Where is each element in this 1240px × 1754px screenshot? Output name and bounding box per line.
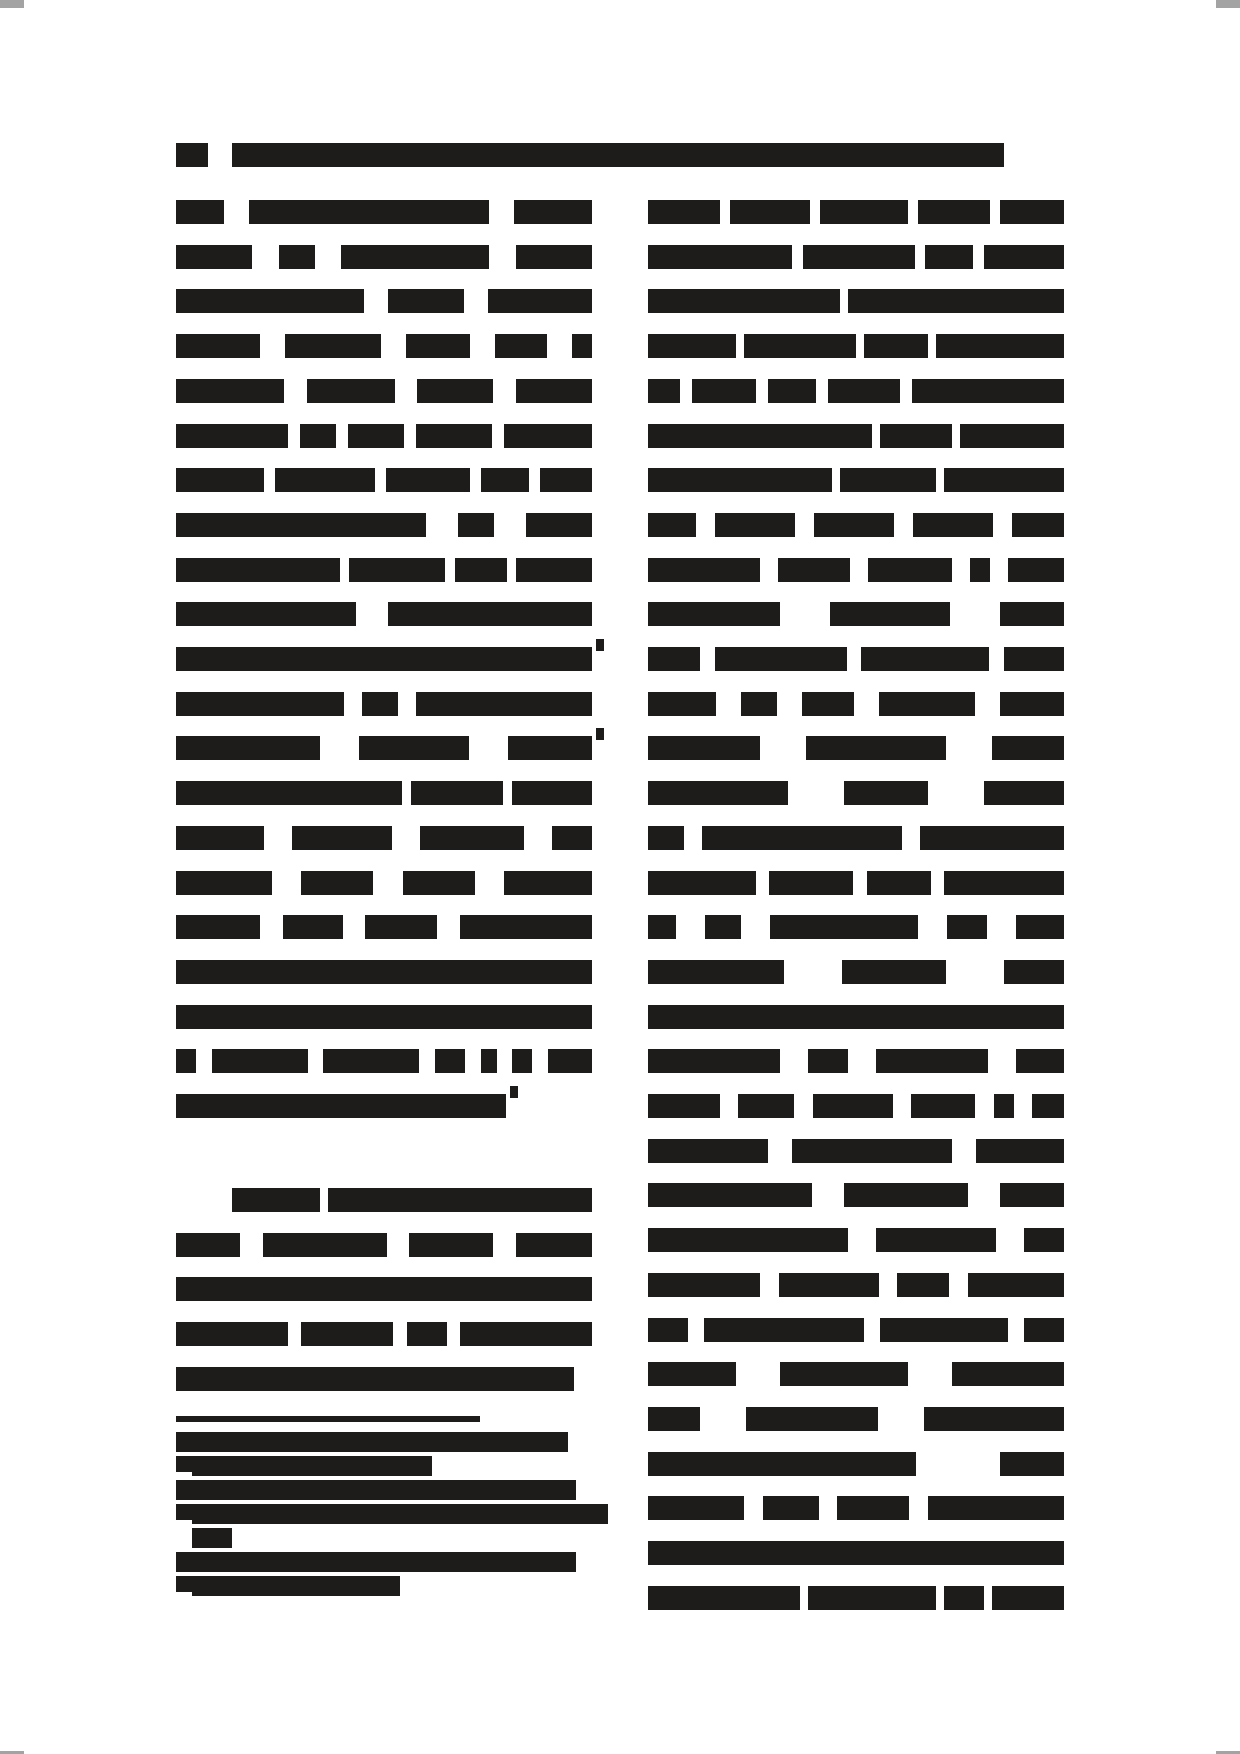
footnote-marker [176, 1576, 192, 1592]
running-header-title [232, 143, 1004, 167]
redacted-word [648, 1049, 780, 1073]
redacted-word [778, 558, 850, 582]
redacted-word [947, 915, 987, 939]
redacted-word [1000, 1183, 1064, 1207]
redacted-word [876, 1228, 996, 1252]
redacted-word [481, 468, 529, 492]
redacted-word [762, 143, 798, 167]
redacted-word [994, 1094, 1014, 1118]
redacted-word [176, 1480, 576, 1500]
redacted-word [702, 826, 902, 850]
redacted-word [925, 245, 973, 269]
redacted-word [516, 379, 592, 403]
redacted-word [365, 915, 437, 939]
redacted-word [648, 200, 720, 224]
redacted-word [1012, 513, 1064, 537]
redacted-word [648, 1228, 848, 1252]
redacted-word [434, 143, 530, 167]
redacted-word [692, 379, 756, 403]
text-line [176, 1277, 592, 1301]
redacted-word [176, 781, 402, 805]
crop-mark-top-left [0, 0, 24, 8]
redacted-word [806, 736, 946, 760]
redacted-word [952, 1362, 1064, 1386]
text-line [176, 1094, 506, 1118]
redacted-word [738, 1094, 794, 1118]
redacted-word [176, 468, 264, 492]
text-line [176, 1005, 592, 1029]
redacted-word [1024, 1228, 1064, 1252]
text-line [648, 1541, 1064, 1565]
text-line [176, 602, 592, 626]
redacted-word [176, 379, 284, 403]
redacted-word [176, 334, 260, 358]
redacted-word [301, 871, 373, 895]
text-line [176, 781, 592, 805]
redacted-word [176, 1233, 240, 1257]
redacted-word [648, 871, 756, 895]
text-line [648, 602, 1064, 626]
text-line [176, 289, 592, 313]
redacted-word [307, 379, 395, 403]
redacted-word [648, 736, 760, 760]
text-line [176, 468, 592, 492]
redacted-word [780, 1362, 908, 1386]
redacted-word [516, 1233, 592, 1257]
redacted-word [176, 424, 288, 448]
redacted-word [176, 1049, 196, 1073]
redacted-word [864, 334, 928, 358]
redacted-word [176, 1552, 576, 1572]
redacted-word [407, 1322, 447, 1346]
text-line [648, 1496, 1064, 1520]
redacted-word [176, 1367, 574, 1391]
text-line [176, 736, 592, 760]
text-line [648, 1139, 1064, 1163]
redacted-word [285, 334, 381, 358]
redacted-word [828, 379, 900, 403]
redacted-word [868, 558, 952, 582]
text-line [648, 960, 1064, 984]
text-line [176, 1233, 592, 1257]
redacted-word [406, 334, 470, 358]
redacted-word [944, 871, 1064, 895]
footnote-reference [596, 639, 604, 651]
redacted-word [176, 558, 340, 582]
redacted-word [730, 200, 810, 224]
redacted-word [1016, 915, 1064, 939]
redacted-word [700, 143, 762, 167]
text-line [176, 245, 592, 269]
redacted-word [176, 1322, 288, 1346]
text-line [648, 289, 1064, 313]
redacted-word [879, 692, 975, 716]
footnote-reference [510, 1086, 518, 1098]
redacted-word [512, 781, 592, 805]
footnote-line [176, 1480, 576, 1500]
text-line [176, 1367, 574, 1391]
redacted-word [803, 245, 915, 269]
text-line [176, 334, 592, 358]
text-line [648, 736, 1064, 760]
redacted-word [648, 558, 760, 582]
text-line [176, 647, 592, 671]
text-line [648, 1094, 1064, 1118]
redacted-word [176, 602, 356, 626]
redacted-word [192, 1504, 608, 1524]
redacted-word [936, 334, 1064, 358]
text-line [648, 1318, 1064, 1342]
text-line [648, 826, 1064, 850]
redacted-word [779, 1273, 879, 1297]
redacted-word [176, 960, 592, 984]
footnote-marker [176, 1504, 192, 1520]
redacted-word [512, 1049, 532, 1073]
redacted-word [403, 871, 475, 895]
footnote-line [192, 1576, 400, 1596]
redacted-word [409, 1233, 493, 1257]
text-line [648, 647, 1064, 671]
redacted-word [848, 289, 1064, 313]
footnote-reference [596, 728, 604, 740]
redacted-word [648, 915, 676, 939]
redacted-word [386, 468, 470, 492]
redacted-word [746, 1407, 878, 1431]
redacted-word [176, 736, 320, 760]
redacted-word [283, 915, 343, 939]
redacted-word [648, 1183, 812, 1207]
text-line [648, 424, 1064, 448]
redacted-word [648, 1094, 720, 1118]
redacted-word [648, 424, 872, 448]
footnote-line [176, 1552, 576, 1572]
redacted-word [648, 1273, 760, 1297]
redacted-word [960, 424, 1064, 448]
text-line [648, 513, 1064, 537]
redacted-word [349, 558, 445, 582]
redacted-word [820, 200, 908, 224]
redacted-word [984, 245, 1064, 269]
redacted-word [176, 915, 260, 939]
crop-mark-top-right [1216, 0, 1240, 8]
redacted-word [294, 143, 434, 167]
text-line [648, 1362, 1064, 1386]
text-line [648, 915, 1064, 939]
redacted-word [279, 245, 315, 269]
redacted-word [842, 143, 938, 167]
redacted-word [232, 143, 274, 167]
footnote-line [192, 1456, 432, 1476]
text-line [648, 1273, 1064, 1297]
redacted-word [705, 915, 741, 939]
redacted-word [249, 200, 489, 224]
text-line [176, 379, 592, 403]
redacted-word [176, 871, 272, 895]
redacted-word [176, 692, 344, 716]
text-line [648, 558, 1064, 582]
redacted-word [992, 1586, 1064, 1610]
redacted-word [704, 1318, 864, 1342]
redacted-word [944, 1586, 984, 1610]
redacted-word [992, 736, 1064, 760]
text-line [648, 1452, 1064, 1476]
redacted-word [632, 143, 660, 167]
text-line [648, 379, 1064, 403]
redacted-word [388, 602, 592, 626]
redacted-word [744, 334, 856, 358]
redacted-word [514, 200, 592, 224]
redacted-word [1000, 200, 1064, 224]
redacted-word [837, 1496, 909, 1520]
redacted-word [1016, 1049, 1064, 1073]
redacted-word [648, 1318, 688, 1342]
text-line [648, 871, 1064, 895]
text-line [648, 692, 1064, 716]
redacted-word [769, 871, 853, 895]
redacted-word [176, 1432, 568, 1452]
redacted-word [808, 1586, 936, 1610]
redacted-word [867, 871, 931, 895]
redacted-word [741, 692, 777, 716]
redacted-word [192, 1528, 232, 1548]
redacted-word [924, 1407, 1064, 1431]
redacted-word [420, 826, 524, 850]
redacted-word [176, 1277, 592, 1301]
redacted-word [359, 736, 469, 760]
redacted-word [880, 1318, 1008, 1342]
footnote-rule [176, 1416, 480, 1422]
redacted-word [481, 1049, 497, 1073]
redacted-word [913, 513, 993, 537]
text-line [176, 915, 592, 939]
redacted-word [648, 513, 696, 537]
redacted-word [192, 1576, 400, 1596]
redacted-word [648, 289, 840, 313]
redacted-word [417, 379, 493, 403]
footnote-line [176, 1432, 568, 1452]
redacted-word [1024, 1318, 1064, 1342]
text-line [176, 200, 592, 224]
redacted-word [660, 143, 700, 167]
redacted-word [516, 558, 592, 582]
redacted-word [715, 513, 795, 537]
text-line [648, 1586, 1064, 1610]
redacted-word [802, 692, 854, 716]
text-line [176, 871, 592, 895]
redacted-word [938, 143, 1004, 167]
redacted-word [362, 692, 398, 716]
redacted-word [911, 1094, 975, 1118]
redacted-word [648, 1586, 800, 1610]
redacted-word [455, 558, 507, 582]
redacted-word [792, 1139, 952, 1163]
redacted-word [176, 513, 426, 537]
redacted-word [763, 1496, 819, 1520]
redacted-word [526, 513, 592, 537]
redacted-word [648, 1139, 768, 1163]
text-line [648, 1049, 1064, 1073]
running-header [176, 143, 984, 167]
redacted-word [648, 334, 736, 358]
redacted-word [1000, 602, 1064, 626]
redacted-word [844, 1183, 968, 1207]
redacted-word [458, 513, 494, 537]
redacted-word [830, 602, 950, 626]
redacted-word [648, 692, 716, 716]
redacted-word [976, 1139, 1064, 1163]
redacted-word [530, 143, 596, 167]
footnote-line [192, 1528, 232, 1548]
redacted-word [648, 960, 784, 984]
text-line [648, 1005, 1064, 1029]
redacted-word [540, 468, 592, 492]
page-number [176, 143, 208, 167]
redacted-word [814, 513, 894, 537]
redacted-word [648, 1496, 744, 1520]
redacted-word [348, 424, 404, 448]
redacted-word [648, 1005, 1064, 1029]
redacted-word [323, 1049, 419, 1073]
redacted-word [880, 424, 952, 448]
redacted-word [912, 379, 1064, 403]
redacted-word [648, 379, 680, 403]
redacted-word [460, 1322, 592, 1346]
redacted-word [411, 781, 503, 805]
footnote-line [192, 1504, 608, 1524]
text-line [648, 200, 1064, 224]
redacted-word [548, 1049, 592, 1073]
text-line [648, 781, 1064, 805]
redacted-word [768, 379, 816, 403]
redacted-word [274, 143, 294, 167]
redacted-word [648, 468, 832, 492]
redacted-word [292, 826, 392, 850]
redacted-word [840, 468, 936, 492]
redacted-word [192, 1456, 432, 1476]
redacted-word [842, 960, 946, 984]
redacted-word [416, 424, 492, 448]
text-line [176, 960, 592, 984]
redacted-word [460, 915, 592, 939]
redacted-word [1008, 558, 1064, 582]
text-line [176, 513, 592, 537]
redacted-word [944, 468, 1064, 492]
redacted-word [504, 871, 592, 895]
redacted-word [1032, 1094, 1064, 1118]
text-line [648, 1228, 1064, 1252]
redacted-word [301, 1322, 393, 1346]
redacted-word [648, 647, 700, 671]
redacted-word [176, 1094, 506, 1118]
redacted-word [813, 1094, 893, 1118]
redacted-word [928, 1496, 1064, 1520]
text-line [176, 424, 592, 448]
redacted-word [968, 1273, 1064, 1297]
redacted-word [1000, 1452, 1064, 1476]
redacted-word [1004, 647, 1064, 671]
redacted-word [572, 334, 592, 358]
redacted-word [416, 692, 592, 716]
redacted-word [212, 1049, 308, 1073]
text-line [176, 826, 592, 850]
redacted-word [176, 200, 224, 224]
redacted-word [176, 245, 252, 269]
redacted-word [341, 245, 489, 269]
text-line [176, 558, 592, 582]
text-line [176, 692, 592, 716]
redacted-word [970, 558, 990, 582]
redacted-word [1000, 692, 1064, 716]
redacted-word [648, 1452, 916, 1476]
redacted-word [798, 143, 842, 167]
redacted-word [648, 1407, 700, 1431]
redacted-word [488, 289, 592, 313]
redacted-word [300, 424, 336, 448]
text-line [648, 1407, 1064, 1431]
footnote-marker [176, 1456, 192, 1472]
redacted-word [552, 826, 592, 850]
redacted-word [388, 289, 464, 313]
text-line [648, 468, 1064, 492]
redacted-word [1004, 960, 1064, 984]
redacted-word [808, 1049, 848, 1073]
redacted-word [176, 826, 264, 850]
text-line [648, 1183, 1064, 1207]
redacted-word [770, 915, 918, 939]
redacted-word [648, 602, 780, 626]
redacted-word [508, 736, 592, 760]
redacted-word [176, 1005, 592, 1029]
redacted-word [918, 200, 990, 224]
redacted-word [715, 647, 847, 671]
redacted-word [232, 1188, 320, 1212]
text-line [176, 1322, 592, 1346]
redacted-word [897, 1273, 949, 1297]
redacted-word [844, 781, 928, 805]
redacted-word [920, 826, 1064, 850]
redacted-word [648, 781, 788, 805]
redacted-word [495, 334, 547, 358]
redacted-word [861, 647, 989, 671]
redacted-word [648, 245, 792, 269]
redacted-word [596, 143, 632, 167]
redacted-word [876, 1049, 988, 1073]
redacted-word [504, 424, 592, 448]
text-line [648, 245, 1064, 269]
redacted-word [176, 647, 592, 671]
redacted-word [275, 468, 375, 492]
text-line [232, 1188, 592, 1212]
redacted-word [648, 1541, 1064, 1565]
redacted-word [648, 826, 684, 850]
text-line [176, 1049, 592, 1073]
redacted-word [176, 289, 364, 313]
redacted-word [435, 1049, 465, 1073]
redacted-word [984, 781, 1064, 805]
redacted-word [328, 1188, 592, 1212]
redacted-word [263, 1233, 387, 1257]
redacted-word [648, 1362, 736, 1386]
text-line [648, 334, 1064, 358]
redacted-word [516, 245, 592, 269]
